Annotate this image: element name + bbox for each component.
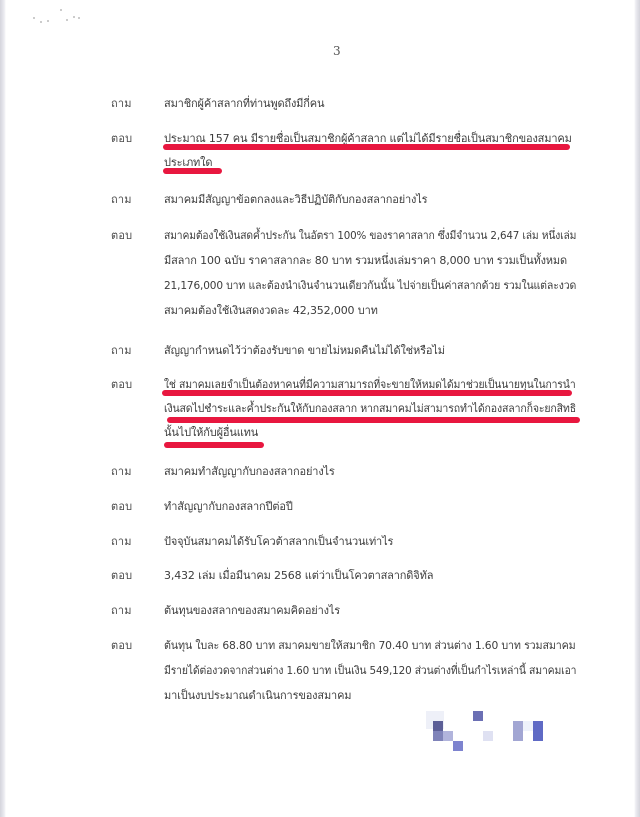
page-edge-right — [634, 0, 640, 817]
question-label: ถาม — [111, 344, 132, 358]
red-highlight-underline — [167, 417, 580, 423]
red-highlight-underline — [163, 168, 222, 174]
answer-text: สมาคมต้องใช้เงินสดค้ำประกัน ในอัตรา 100%… — [164, 229, 576, 243]
answer-text: 21,176,000 บาท และต้องนำเงินจำนวนเดียวกั… — [164, 279, 576, 293]
answer-label: ตอบ — [111, 639, 132, 653]
answer-text: ต้นทุน ใบละ 68.80 บาท สมาคมขายให้สมาชิก … — [164, 639, 576, 653]
question-text: ปัจจุบันสมาคมได้รับโควต้าสลากเป็นจำนวนเท… — [164, 535, 393, 549]
answer-label: ตอบ — [111, 229, 132, 243]
answer-text-highlighted: เงินสดไปชำระและค้ำประกันให้กับกองสลาก หา… — [164, 402, 576, 416]
answer-text: สมาคมต้องใช้เงินสดงวดละ 42,352,000 บาท — [164, 304, 378, 318]
question-text: ต้นทุนของสลากของสมาคมคิดอย่างไร — [164, 604, 340, 618]
answer-text: ทำสัญญากับกองสลากปีต่อปี — [164, 500, 293, 514]
question-label: ถาม — [111, 535, 132, 549]
answer-label: ตอบ — [111, 378, 132, 392]
question-label: ถาม — [111, 193, 132, 207]
page-number: 3 — [333, 44, 341, 58]
red-highlight-underline — [163, 144, 570, 150]
red-highlight-underline — [162, 390, 572, 396]
question-label: ถาม — [111, 465, 132, 479]
answer-text-highlighted: นั้นไปให้กับผู้อื่นแทน — [164, 426, 258, 440]
question-text: สัญญากำหนดไว้ว่าต้องรับขาด ขายไม่หมดคืนไ… — [164, 344, 445, 358]
redacted-signature-icon — [420, 700, 530, 750]
answer-text: มีสลาก 100 ฉบับ ราคาสลากละ 80 บาท รวมหนึ… — [164, 254, 567, 268]
question-label: ถาม — [111, 604, 132, 618]
question-text: สมาคมมีสัญญาข้อตกลงและวิธีปฏิบัติกับกองส… — [164, 193, 427, 207]
question-text: สมาคมทำสัญญากับกองสลากอย่างไร — [164, 465, 335, 479]
answer-text: มาเป็นงบประมาณดำเนินการของสมาคม — [164, 689, 351, 703]
answer-label: ตอบ — [111, 569, 132, 583]
red-highlight-underline — [164, 442, 264, 448]
answer-label: ตอบ — [111, 132, 132, 146]
page-edge-left — [0, 0, 6, 817]
answer-text: 3,432 เล่ม เมื่อมีนาคม 2568 แต่ว่าเป็นโค… — [164, 569, 433, 583]
answer-text: มีรายได้ต่องวดจากส่วนต่าง 1.60 บาท เป็นเ… — [164, 664, 576, 678]
question-label: ถาม — [111, 97, 132, 111]
question-text: สมาชิกผู้ค้าสลากที่ท่านพูดถึงมีกี่คน — [164, 97, 324, 111]
answer-label: ตอบ — [111, 500, 132, 514]
